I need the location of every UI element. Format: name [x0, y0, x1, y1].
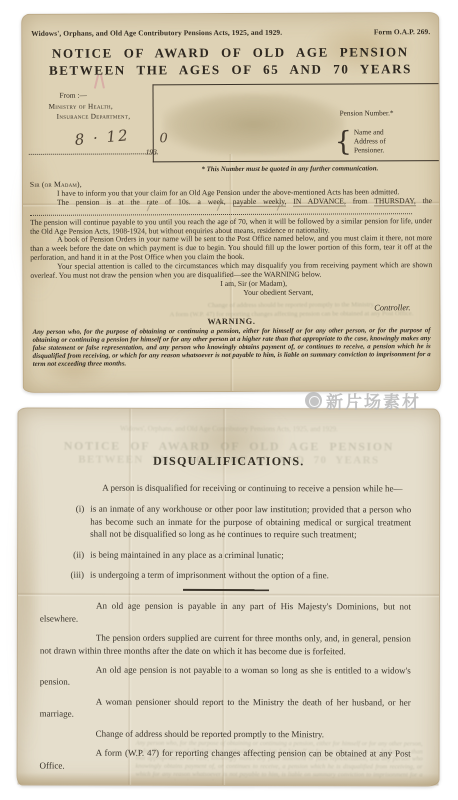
rate-text: The pension is at the rate of 10s. a wee… [57, 197, 226, 207]
list-item: (iii) is undergoing a term of imprisonme… [40, 569, 411, 582]
sender-ministry: Ministry of Health, [49, 103, 113, 111]
disqualifications-page: Widows', Orphans, and Old Age Contributo… [17, 407, 441, 786]
from-text: from [353, 196, 368, 205]
disqualifications-heading: DISQUALIFICATIONS. [18, 453, 439, 469]
name-address-label: { Name and Address of Pensioner. [335, 128, 386, 155]
item-text: is being maintained in any place as a cr… [90, 548, 411, 561]
paragraph-report-death: A woman pensioner should report to the M… [40, 695, 411, 721]
watermark-text: 新片场素材 [326, 388, 421, 413]
item-number: (ii) [40, 548, 90, 561]
faint-ink-marks [217, 202, 230, 214]
form-number: Form O.A.P. 269. [374, 27, 430, 36]
paragraph-change-address: Change of address should be reported pro… [40, 727, 411, 740]
intro-paragraph: A person is disqualified for receiving o… [40, 482, 411, 495]
paper-stain [14, 448, 41, 748]
notice-page: Widows', Orphans, and Old Age Contributo… [21, 12, 441, 393]
stock-watermark: 新片场素材 [305, 388, 421, 413]
handwritten-date: 8 · 12 [74, 126, 130, 149]
disqualifications-body: A person is disqualified for receiving o… [40, 482, 412, 780]
closing-obedient-servant: Your obedient Servant, [243, 288, 432, 298]
signature-controller: Controller. [30, 304, 410, 315]
the-text: the [423, 196, 432, 205]
item-number: (iii) [40, 569, 90, 582]
paragraph-pension-rate: The pension is at the rate of 10s. a wee… [30, 197, 432, 219]
section-divider [183, 589, 269, 591]
date-line: 8 · 12 193 0 [29, 140, 158, 155]
sender-department: Insurance Department, [57, 112, 131, 120]
warning-heading: WARNING. [31, 317, 433, 328]
pension-number-label: Pension Number.* [340, 108, 394, 117]
form-header-row: Widows', Orphans, and Old Age Contributo… [31, 27, 430, 38]
name-address-line: Pensioner. [354, 146, 386, 155]
paragraph-pension-orders-book: A book of Pension Orders in your name wi… [30, 235, 432, 263]
letter-body: Sir (or Madam), I have to inform you tha… [30, 179, 433, 368]
paragraph-widows-pension: An old age pension is not payable to a w… [40, 664, 411, 690]
pensioner-details-box: Pension Number.* { Name and Address of P… [152, 83, 438, 162]
item-text: is undergoing a term of imprisonment wit… [90, 569, 411, 582]
paragraph-disqualify-attention: Your special attention is called to the … [30, 261, 432, 281]
acts-citation: Widows', Orphans, and Old Age Contributo… [31, 28, 282, 38]
showthrough-line: NOTICE OF AWARD OF OLD AGE PENSION [28, 438, 429, 454]
document-title: NOTICE OF AWARD OF OLD AGE PENSION BETWE… [22, 44, 438, 79]
paragraph-dominions: An old age pension is payable in any par… [40, 600, 411, 626]
blank-date-dotted-line [30, 206, 412, 216]
warning-paragraph: Any person who, for the purpose of obtai… [31, 327, 433, 369]
from-label: From :— [60, 91, 87, 100]
brace-glyph: { [335, 128, 352, 155]
item-text: is an inmate of any workhouse or other p… [90, 503, 411, 541]
paragraph-orders-current: The pension orders supplied are current … [40, 632, 411, 658]
title-line-1: NOTICE OF AWARD OF OLD AGE PENSION [22, 44, 438, 62]
footnote-number-quote: * This Number must be quoted in any furt… [141, 165, 439, 173]
list-item: (i) is an inmate of any workhouse or oth… [40, 503, 411, 541]
title-line-2: BETWEEN THE AGES OF 65 AND 70 YEARS [22, 61, 438, 79]
paragraph-form-wp47: A form (W.P. 47) for reporting changes a… [40, 747, 411, 773]
list-item: (ii) is being maintained in any place as… [40, 548, 411, 561]
showthrough-line: Widows', Orphans, and Old Age Contributo… [28, 424, 429, 433]
stock-photo-canvas: { "colors": { "paper_front": "#ddd1b4", … [0, 0, 458, 800]
ink-stain [162, 92, 345, 157]
faint-ink-marks [277, 202, 290, 214]
watermark-logo-icon [305, 392, 322, 409]
item-number: (i) [40, 503, 90, 540]
pink-pencil-mark [92, 75, 106, 91]
thursday-text: THURSDAY, [374, 196, 416, 206]
in-advance-text: IN ADVANCE, [293, 196, 346, 206]
name-address-lines: Name and Address of Pensioner. [354, 129, 386, 156]
